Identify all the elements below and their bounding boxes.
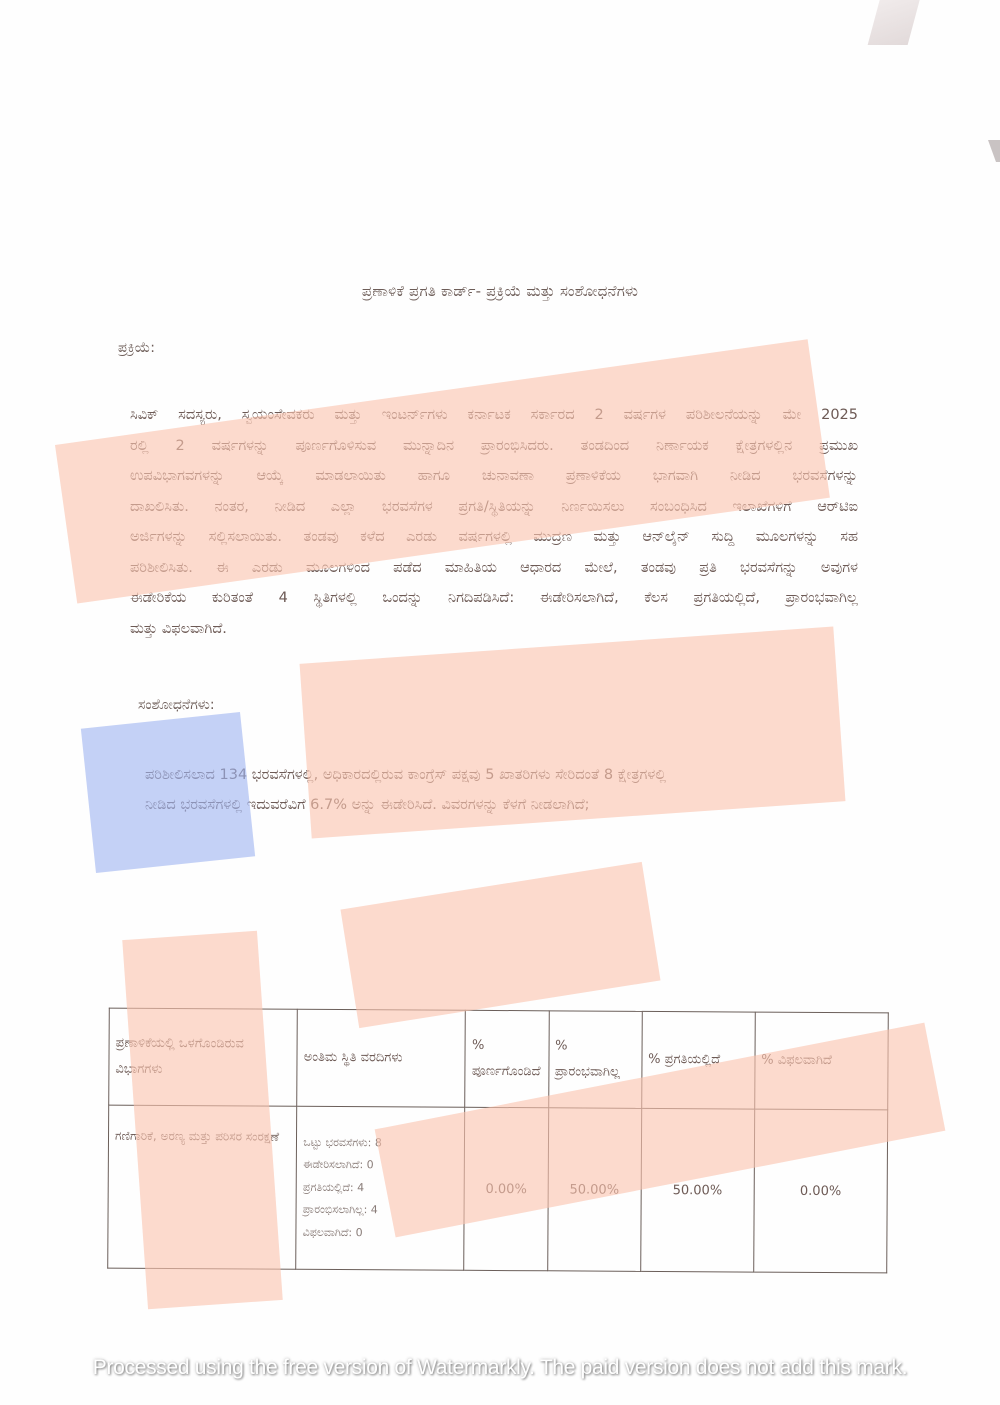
overlay-block <box>340 862 660 1028</box>
cell-pct-failed: 0.00% <box>753 1109 887 1273</box>
process-line: ದಾಖಲಿಸಿತು. ನಂತರ, ನೀಡಿದ ಎಲ್ಲಾ ಭರವಸೆಗಳ ಪ್ರ… <box>130 492 858 523</box>
status-line: ಪ್ರಾರಂಭಿಸಲಾಗಿಲ್ಲ: 4 <box>303 1199 458 1222</box>
process-paragraph: ಸಿವಿಕ್ ಸದಸ್ಯರು, ಸ್ವಯಂಸೇವಕರು ಮತ್ತು ಇಂಟರ್ನ… <box>130 400 858 644</box>
document-title: ಪ್ರಣಾಳಿಕೆ ಪ್ರಗತಿ ಕಾರ್ಡ್- ಪ್ರಕ್ರಿಯೆ ಮತ್ತು… <box>0 282 1000 300</box>
findings-line: ಪರಿಶೀಲಿಸಲಾದ 134 ಭರವಸೆಗಳಲ್ಲಿ, ಅಧಿಕಾರದಲ್ಲಿ… <box>145 760 845 790</box>
process-line: ಪರಿಶೀಲಿಸಿತು. ಈ ಎರಡು ಮೂಲಗಳಿಂದ ಪಡೆದ ಮಾಹಿತಿ… <box>130 553 858 584</box>
table-header-row: ಪ್ರಣಾಳಿಕೆಯಲ್ಲಿ ಒಳಗೊಂಡಿರುವ ವಿಭಾಗಗಳು ಅಂತಿಮ… <box>109 1008 889 1110</box>
header-pct-failed: % ವಿಫಲವಾಗಿದೆ <box>754 1012 888 1110</box>
status-line: ಈಡೇರಿಸಲಾಗಿದೆ: 0 <box>303 1154 458 1177</box>
status-line: ಪ್ರಗತಿಯಲ್ಲಿದೆ: 4 <box>303 1177 458 1200</box>
process-line: ಈಡೇರಿಕೆಯ ಕುರಿತಂತೆ 4 ಸ್ಥಿತಿಗಳಲ್ಲಿ ಒಂದನ್ನು… <box>130 583 858 614</box>
cell-department: ಗಣಿಗಾರಿಕೆ, ಅರಣ್ಯ ಮತ್ತು ಪರಿಸರ ಸಂರಕ್ಷಣೆ <box>108 1105 297 1269</box>
cell-pct-in-progress: 50.00% <box>640 1108 754 1272</box>
cell-pct-not-started: 50.00% <box>547 1108 641 1272</box>
header-pct-not-started: % ಪ್ರಾರಂಭವಾಗಿಲ್ಲ <box>548 1011 642 1109</box>
process-line: ಉಪವಿಭಾಗವಗಳನ್ನು ಆಯ್ಕೆ ಮಾಡಲಾಯಿತು ಹಾಗೂ ಚುನಾ… <box>130 461 858 492</box>
status-line: ಒಟ್ಟು ಭರವಸೆಗಳು: 8 <box>303 1132 458 1155</box>
header-departments: ಪ್ರಣಾಳಿಕೆಯಲ್ಲಿ ಒಳಗೊಂಡಿರುವ ವಿಭಾಗಗಳು <box>109 1008 298 1106</box>
page-corner-fold <box>868 0 923 45</box>
findings-heading: ಸಂಶೋಧನೆಗಳು: <box>138 697 215 713</box>
watermark-text: Processed using the free version of Wate… <box>0 1356 1000 1380</box>
header-final-status: ಅಂತಿಮ ಸ್ಥಿತಿ ವರದಿಗಳು <box>297 1009 466 1107</box>
process-line: ಮತ್ತು ವಿಫಲವಾಗಿದೆ. <box>130 614 858 645</box>
process-line: ರಲ್ಲಿ 2 ವರ್ಷಗಳನ್ನು ಪೂರ್ಣಗೊಳಿಸುವ ಮುನ್ನಾದಿ… <box>130 431 858 462</box>
header-pct-completed: % ಪೂರ್ಣಗೊಂಡಿದೆ <box>465 1010 549 1108</box>
findings-line: ನೀಡಿದ ಭರವಸೆಗಳಲ್ಲಿ ಇದುವರೆವಿಗೆ 6.7% ಅನ್ನು … <box>145 790 845 820</box>
findings-paragraph: ಪರಿಶೀಲಿಸಲಾದ 134 ಭರವಸೆಗಳಲ್ಲಿ, ಅಧಿಕಾರದಲ್ಲಿ… <box>145 760 845 820</box>
page-edge <box>988 140 1000 162</box>
process-heading: ಪ್ರಕ್ರಿಯೆ: <box>118 340 155 356</box>
process-line: ಸಿವಿಕ್ ಸದಸ್ಯರು, ಸ್ವಯಂಸೇವಕರು ಮತ್ತು ಇಂಟರ್ನ… <box>130 400 858 431</box>
status-line: ವಿಫಲವಾಗಿದೆ: 0 <box>303 1222 458 1245</box>
header-pct-in-progress: % ಪ್ರಗತಿಯಲ್ಲಿದೆ <box>641 1011 755 1109</box>
process-line: ಅರ್ಜಿಗಳನ್ನು ಸಲ್ಲಿಸಲಾಯಿತು. ತಂಡವು ಕಳೆದ ಎರಡ… <box>130 522 858 553</box>
cell-pct-completed: 0.00% <box>464 1107 548 1271</box>
results-table: ಪ್ರಣಾಳಿಕೆಯಲ್ಲಿ ಒಳಗೊಂಡಿರುವ ವಿಭಾಗಗಳು ಅಂತಿಮ… <box>107 1008 889 1274</box>
table-row: ಗಣಿಗಾರಿಕೆ, ಅರಣ್ಯ ಮತ್ತು ಪರಿಸರ ಸಂರಕ್ಷಣೆ ಒಟ… <box>108 1105 888 1273</box>
cell-status-report: ಒಟ್ಟು ಭರವಸೆಗಳು: 8 ಈಡೇರಿಸಲಾಗಿದೆ: 0 ಪ್ರಗತಿ… <box>296 1106 465 1270</box>
